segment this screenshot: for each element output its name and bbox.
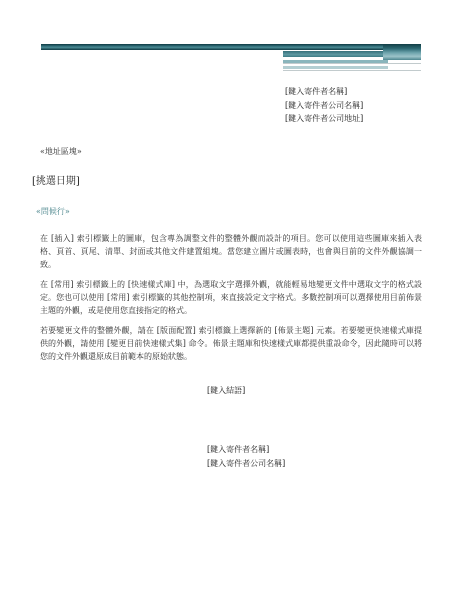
sender-company-placeholder[interactable]: [鍵入寄件者公司名稱] [285,99,363,113]
signature-name-placeholder[interactable]: [鍵入寄件者名稱] [207,443,285,457]
header-rule-line-1 [283,63,421,64]
header-accent-bar-light-1 [283,60,388,63]
body-paragraph-3[interactable]: 若要變更文件的整體外觀，請在 [版面配置] 索引標籤上選擇新的 [佈景主題] 元… [40,324,422,363]
header-rule-line-2 [283,70,421,71]
sender-info-block: [鍵入寄件者名稱] [鍵入寄件者公司名稱] [鍵入寄件者公司地址] [285,85,363,126]
header-accent-bar-mid [283,51,383,57]
header-accent-bar-light-2 [283,66,388,69]
letter-body: 在 [插入] 索引標籤上的圖庫，包含專為調整文件的整體外觀而設計的項目。您可以使… [40,232,422,370]
body-paragraph-2[interactable]: 在 [常用] 索引標籤上的 [快速樣式庫] 中，為選取文字選擇外觀，就能輕易地變… [40,278,422,317]
letter-document-page: [鍵入寄件者名稱] [鍵入寄件者公司名稱] [鍵入寄件者公司地址] «地址區塊»… [0,0,462,600]
salutation-placeholder[interactable]: «問候行» [36,206,70,217]
recipient-address-placeholder[interactable]: «地址區塊» [40,146,82,157]
signature-company-placeholder[interactable]: [鍵入寄件者公司名稱] [207,457,285,471]
closing-placeholder[interactable]: [鍵入結語] [207,385,245,396]
body-paragraph-1[interactable]: 在 [插入] 索引標籤上的圖庫，包含專為調整文件的整體外觀而設計的項目。您可以使… [40,232,422,271]
signature-block: [鍵入寄件者名稱] [鍵入寄件者公司名稱] [207,443,285,471]
sender-name-placeholder[interactable]: [鍵入寄件者名稱] [285,85,363,99]
header-accent-bar-main [41,44,421,50]
header-accent-block-right [383,44,421,60]
sender-address-placeholder[interactable]: [鍵入寄件者公司地址] [285,112,363,126]
date-placeholder[interactable]: [挑選日期] [32,172,80,187]
